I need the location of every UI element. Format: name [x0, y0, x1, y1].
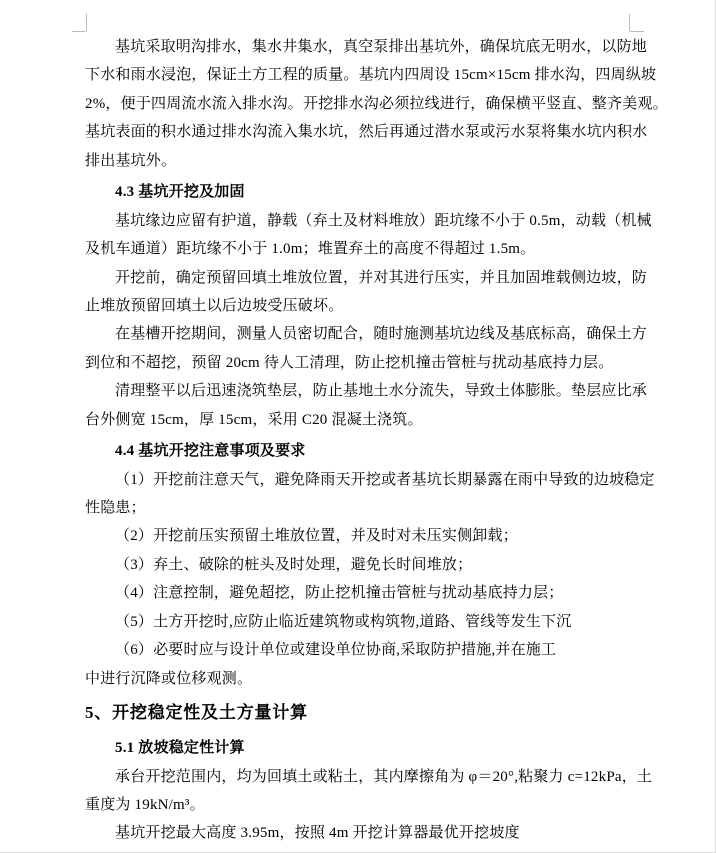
- paragraph-line: 清理整平以后迅速浇筑垫层，防止基地土水分流失，导致土体膨胀。垫层应比承: [85, 377, 633, 405]
- list-item-line: （5）土方开挖时,应防止临近建筑物或构筑物,道路、管线等发生下沉: [85, 608, 633, 636]
- text-boundary-mark-top-right: [629, 14, 644, 32]
- paragraph-line: 基坑缘边应留有护道，静载（弃土及材料堆放）距坑缘不小于 0.5m，动载（机械: [85, 207, 633, 235]
- text-boundary-mark-top-left: [72, 14, 87, 32]
- paragraph-line: 基坑开挖最大高度 3.95m，按照 4m 开挖计算器最优开挖坡度: [85, 819, 633, 847]
- paragraph-line: 开挖前，确定预留回填土堆放位置，并对其进行压实，并且加固堆载侧边坡，防: [85, 264, 633, 292]
- list-item-line: 中进行沉降或位移观测。: [85, 665, 633, 693]
- paragraph-line: 承台开挖范围内，均为回填土或粘土，其内摩擦角为 φ＝20°,粘聚力 c=12kP…: [85, 763, 633, 791]
- list-item-line: （1）开挖前注意天气，避免降雨天开挖或者基坑长期暴露在雨中导致的边坡稳定: [85, 466, 633, 494]
- crop-mark-horizontal-line: [72, 31, 86, 32]
- paragraph-line: 在基槽开挖期间，测量人员密切配合，随时施测基坑边线及基底标高，确保土方: [85, 320, 633, 348]
- list-item-line: 性隐患；: [85, 494, 633, 522]
- section-heading-4-4: 4.4 基坑开挖注意事项及要求: [85, 437, 633, 465]
- paragraph-line: 到位和不超挖，预留 20cm 待人工清理，防止挖机撞击管桩与扰动基底持力层。: [85, 349, 633, 377]
- paragraph-line: 止堆放预留回填土以后边坡受压破坏。: [85, 292, 633, 320]
- paragraph-line: 下水和雨水浸泡，保证土方工程的质量。基坑内四周设 15cm×15cm 排水沟，四…: [85, 61, 633, 89]
- list-item-line: （6）必要时应与设计单位或建设单位协商,采取防护措施,并在施工: [85, 636, 633, 664]
- section-heading-5-1: 5.1 放坡稳定性计算: [85, 734, 633, 762]
- paragraph-line: 2%，便于四周流水流入排水沟。开挖排水沟必须拉线进行，确保横平竖直、整齐美观。: [85, 90, 633, 118]
- crop-mark-vertical-line: [86, 14, 87, 31]
- chapter-heading-5: 5、开挖稳定性及土方量计算: [85, 695, 633, 731]
- paragraph-line: 基坑表面的积水通过排水沟流入集水坑，然后再通过潜水泵或污水泵将集水坑内积水: [85, 118, 633, 146]
- document-page: 基坑采取明沟排水，集水井集水，真空泵排出基坑外，确保坑底无明水，以防地下水和雨水…: [0, 0, 716, 853]
- paragraph-line: 排出基坑外。: [85, 147, 633, 175]
- paragraph-line: 及机车通道）距坑缘不小于 1.0m；堆置弃土的高度不得超过 1.5m。: [85, 235, 633, 263]
- crop-mark-vertical-line: [629, 14, 630, 31]
- section-heading-4-3: 4.3 基坑开挖及加固: [85, 178, 633, 206]
- document-text-area: 基坑采取明沟排水，集水井集水，真空泵排出基坑外，确保坑底无明水，以防地下水和雨水…: [85, 33, 633, 848]
- list-item-line: （3）弃土、破除的桩头及时处理，避免长时间堆放；: [85, 551, 633, 579]
- paragraph-line: 基坑采取明沟排水，集水井集水，真空泵排出基坑外，确保坑底无明水，以防地: [85, 33, 633, 61]
- list-item-line: （2）开挖前压实预留土堆放位置，并及时对未压实侧卸载；: [85, 522, 633, 550]
- list-item-line: （4）注意控制，避免超挖，防止挖机撞击管桩与扰动基底持力层；: [85, 579, 633, 607]
- paragraph-line: 台外侧宽 15cm，厚 15cm，采用 C20 混凝土浇筑。: [85, 406, 633, 434]
- crop-mark-horizontal-line: [630, 31, 644, 32]
- paragraph-line: 重度为 19kN/m³。: [85, 791, 633, 819]
